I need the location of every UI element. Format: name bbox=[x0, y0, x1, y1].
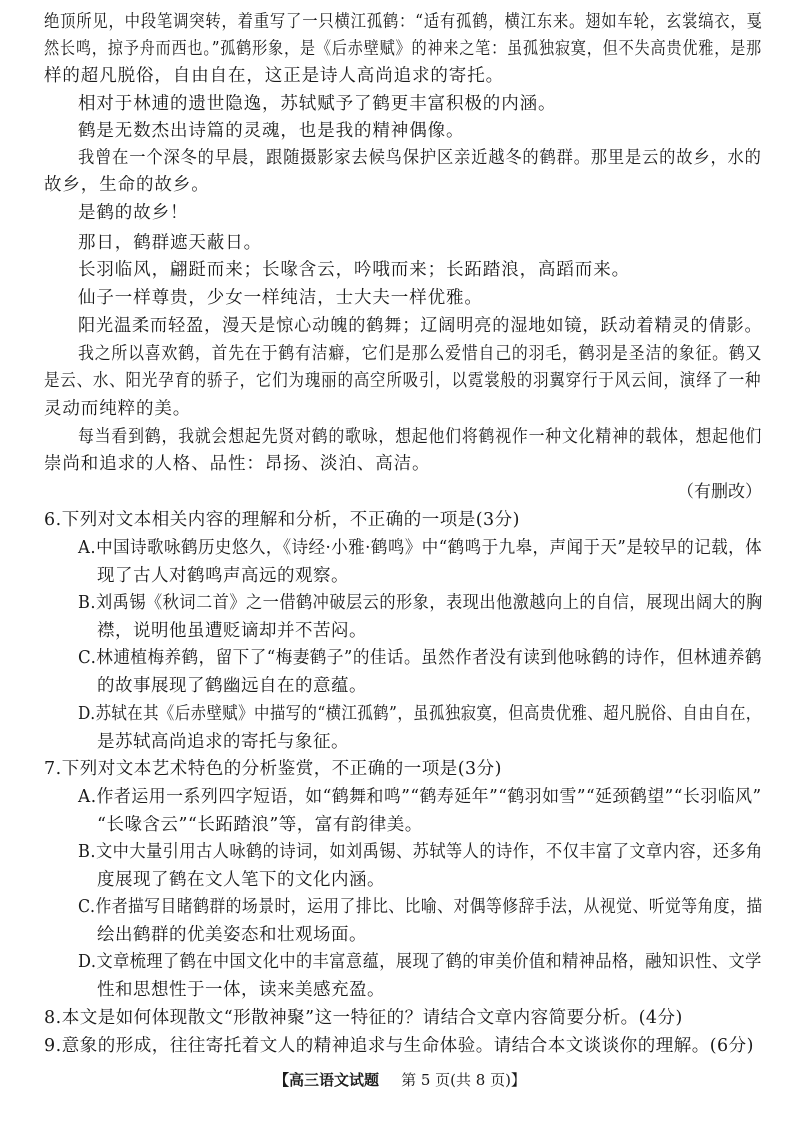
footer-subject: 【高三语文试题 bbox=[274, 1071, 379, 1089]
answer-option-continuation: “长喙含云”“长跖踏浪”等，富有韵律美。 bbox=[97, 814, 423, 836]
passage-line: 阳光温柔而轻盈，漫天是惊心动魄的鹤舞；辽阔明亮的湿地如镜，跃动着精灵的倩影。 bbox=[78, 315, 763, 337]
answer-option-continuation: 是苏轼高尚追求的寄托与象征。 bbox=[97, 731, 349, 753]
answer-option: A.作者运用一系列四字短语，如“鹤舞和鸣”“鹤寿延年”“鹤羽如雪”“延颈鹤望”“… bbox=[78, 786, 762, 808]
passage-line: 我之所以喜欢鹤，首先在于鹤有洁癖，它们是那么爱惜自己的羽毛，鹤羽是圣洁的象征。鹤… bbox=[78, 343, 762, 365]
answer-option-continuation: 现了古人对鹤鸣声高远的观察。 bbox=[97, 565, 349, 587]
question-stem: 7.下列对文本艺术特色的分析鉴赏，不正确的一项是(3分) bbox=[44, 758, 502, 780]
passage-line: 然长鸣，掠予舟而西也。”孤鹤形象，是《后赤壁赋》的神来之笔：虽孤独寂寞，但不失高… bbox=[44, 38, 762, 60]
passage-line: 仙子一样尊贵，少女一样纯洁，士大夫一样优雅。 bbox=[78, 287, 483, 309]
passage-line: 绝顶所见，中段笔调突转，着重写了一只横江孤鹤：“适有孤鹤，横江东来。翅如车轮，玄… bbox=[44, 11, 763, 33]
passage-line: 每当看到鹤，我就会想起先贤对鹤的歌咏，想起他们将鹤视作一种文化精神的载体，想起他… bbox=[78, 426, 762, 448]
passage-line: 是云、水、阳光孕育的骄子，它们为瑰丽的高空所吸引，以霓裳般的羽翼穿行于风云间，演… bbox=[44, 370, 761, 392]
passage-line: 是鹤的故乡！ bbox=[78, 202, 188, 224]
source-note: （有删改） bbox=[677, 481, 762, 503]
answer-option-continuation: 度展现了鹤在文人笔下的文化内涵。 bbox=[97, 869, 385, 891]
page-footer: 【高三语文试题第 5 页(共 8 页)】 bbox=[0, 1070, 800, 1090]
answer-option-continuation: 性和思想性于一体，读来美感充盈。 bbox=[97, 979, 385, 1001]
answer-option-continuation: 绘出鹤群的优美姿态和壮观场面。 bbox=[97, 924, 367, 946]
passage-line: 样的超凡脱俗，自由自在，这正是诗人高尚追求的寄托。 bbox=[44, 65, 504, 87]
answer-option-continuation: 襟，说明他虽遭贬谪却并不苦闷。 bbox=[97, 620, 367, 642]
question-stem: 9.意象的形成，往往寄托着文人的精神追求与生命体验。请结合本文谈谈你的理解。(6… bbox=[44, 1035, 754, 1057]
passage-line: 崇尚和追求的人格、品性：昂扬、淡泊、高洁。 bbox=[44, 453, 430, 475]
answer-option: D.文章梳理了鹤在中国文化中的丰富意蕴，展现了鹤的审美价值和精神品格，融知识性、… bbox=[78, 951, 762, 973]
answer-option: C.林逋植梅养鹤，留下了“梅妻鹤子”的佳话。虽然作者没有读到他咏鹤的诗作，但林逋… bbox=[78, 647, 762, 669]
answer-option: B.刘禹锡《秋词二首》之一借鹤冲破层云的形象，表现出他激越向上的自信，展现出阔大… bbox=[78, 592, 763, 614]
answer-option: D.苏轼在其《后赤壁赋》中描写的“横江孤鹤”，虽孤独寂寞，但高贵优雅、超凡脱俗、… bbox=[78, 703, 762, 725]
passage-line: 我曾在一个深冬的早晨，跟随摄影家去候鸟保护区亲近越冬的鹤群。那里是云的故乡，水的 bbox=[78, 147, 762, 169]
passage-line: 鹤是无数杰出诗篇的灵魂，也是我的精神偶像。 bbox=[78, 120, 464, 142]
answer-option-continuation: 的故事展现了鹤幽远自在的意蕴。 bbox=[97, 675, 367, 697]
passage-line: 故乡，生命的故乡。 bbox=[44, 174, 210, 196]
passage-line: 灵动而纯粹的美。 bbox=[44, 398, 191, 420]
answer-option: A.中国诗歌咏鹤历史悠久，《诗经·小雅·鹤鸣》中“鹤鸣于九皋，声闻于天”是较早的… bbox=[78, 537, 762, 559]
answer-option: C.作者描写目睹鹤群的场景时，运用了排比、比喻、对偶等修辞手法，从视觉、听觉等角… bbox=[78, 896, 763, 918]
passage-line: 相对于林逋的遗世隐逸，苏轼赋予了鹤更丰富积极的内涵。 bbox=[78, 93, 556, 115]
footer-page-info: 第 5 页(共 8 页)】 bbox=[401, 1071, 526, 1089]
answer-option: B.文中大量引用古人咏鹤的诗词，如刘禹锡、苏轼等人的诗作，不仅丰富了文章内容，还… bbox=[78, 841, 763, 863]
passage-line: 长羽临风，翩跹而来；长喙含云，吟哦而来；长跖踏浪，高蹈而来。 bbox=[78, 259, 630, 281]
passage-line: 那日，鹤群遮天蔽日。 bbox=[78, 232, 262, 254]
question-stem: 6.下列对文本相关内容的理解和分析，不正确的一项是(3分) bbox=[44, 509, 520, 531]
question-stem: 8.本文是如何体现散文“形散神聚”这一特征的？请结合文章内容简要分析。(4分) bbox=[44, 1007, 683, 1029]
